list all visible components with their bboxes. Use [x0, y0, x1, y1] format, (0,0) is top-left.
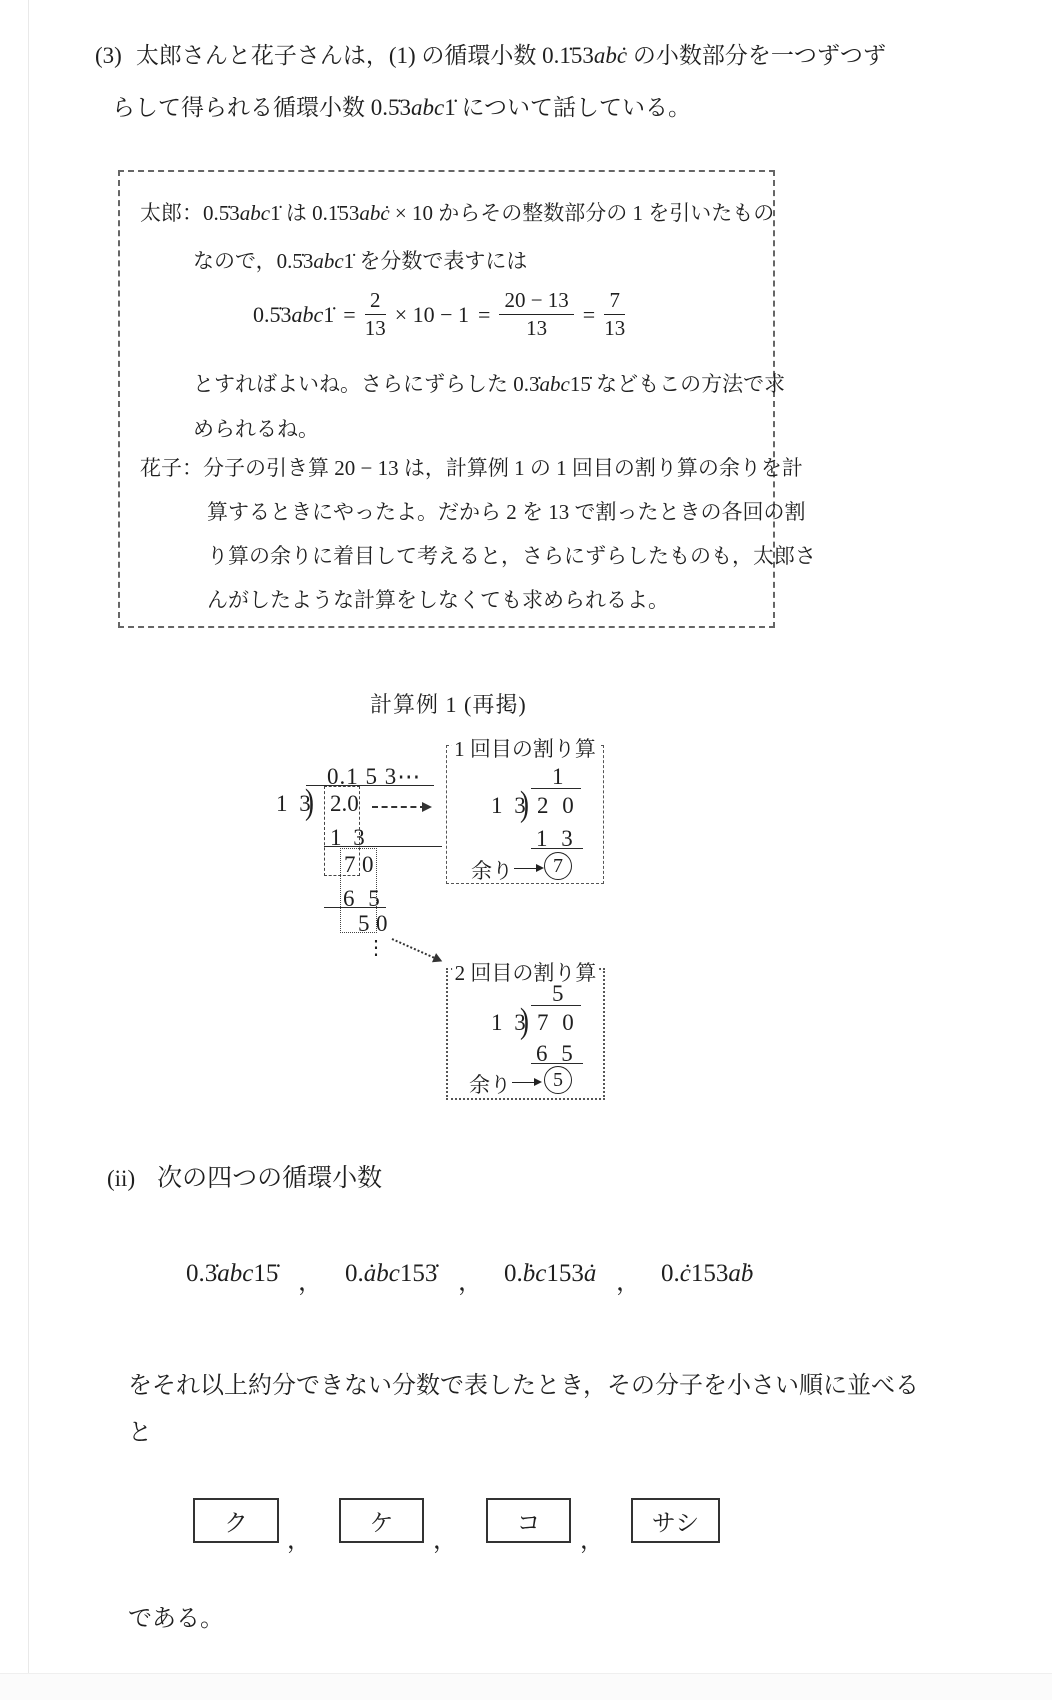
repeating-decimal: 0.1̇53abċ	[312, 201, 390, 225]
remainder-arrow	[512, 1082, 538, 1083]
hanako-text: んがしたような計算をしなくても求められるよ。	[207, 588, 669, 612]
hanako-line-4: んがしたような計算をしなくても求められるよ。	[207, 586, 669, 615]
box1-remainder-circled: 7	[544, 852, 572, 880]
equation-middle: × 10 − 1	[395, 302, 469, 328]
repeating-decimal: 0.5̇3abc1̇	[203, 201, 281, 225]
repeating-decimal-3: 0.ḃc153ȧ	[504, 1260, 596, 1288]
taro-line-4: められるね。	[193, 415, 319, 444]
hanako-line-2: 算するときにやったよ。だから 2 を 13 で割ったときの各回の割	[207, 498, 806, 527]
remainder-value: 7	[544, 852, 572, 880]
denominator: 13	[499, 315, 573, 341]
second-division-label: 2 回目の割り算	[452, 957, 600, 987]
division-line	[531, 1063, 583, 1064]
intro-text: 太郎さんと花子さんは，(1) の循環小数	[136, 43, 542, 68]
speaker-label-taro: 太郎：	[140, 201, 203, 225]
intro-line-2: らして得られる循環小数 0.5̇3abc1̇ について話している。	[112, 92, 691, 124]
closing-text-line-1: をそれ以上約分できない分数で表したとき，その分子を小さい順に並べる	[128, 1365, 919, 1400]
dotted-highlight-second-division	[340, 848, 377, 933]
taro-text: とすればよいね。さらにずらした	[193, 372, 513, 396]
division-bar	[531, 788, 581, 789]
answer-box-label: ケ	[370, 1503, 394, 1538]
answer-box-sashi: サシ	[631, 1498, 720, 1543]
taro-text: なので，	[193, 249, 277, 273]
taro-text: を分数で表すには	[354, 249, 527, 273]
intro-text: の小数部分を一つずつず	[627, 43, 886, 68]
comma: ，	[433, 1520, 457, 1555]
taro-text: は	[281, 201, 313, 225]
equals-sign: =	[343, 302, 355, 328]
taro-text: × 10 からその整数部分の 1 を引いたもの	[390, 201, 775, 225]
answer-box-label: コ	[517, 1503, 541, 1538]
answer-box-label: ク	[224, 1503, 248, 1538]
numerator: 20 − 13	[499, 288, 573, 315]
division-line	[531, 848, 583, 849]
hanako-line-1: 花子：分子の引き算 20 − 13 は，計算例 1 の 1 回目の割り算の余りを…	[140, 454, 803, 483]
equals-sign: =	[583, 302, 595, 328]
repeating-decimal-53abc1: 0.5̇3abc1̇	[371, 95, 456, 120]
taro-text: められるね。	[193, 417, 319, 441]
repeating-decimal-1: 0.3̇abc15̇	[186, 1260, 278, 1288]
dashed-arrow-to-box1	[372, 806, 426, 808]
dotted-arrow-to-box2	[392, 938, 438, 960]
intro-line-1: (3)太郎さんと花子さんは，(1) の循環小数 0.1̇53abċ の小数部分…	[95, 40, 886, 72]
vertical-ellipsis: ⋮	[366, 938, 386, 958]
repeating-decimal-2: 0.ȧbc153̇	[345, 1260, 437, 1288]
box2-quotient: 5	[552, 981, 564, 1007]
comma: ，	[580, 1520, 604, 1555]
scan-edge-line	[28, 0, 29, 1673]
comma: ，	[616, 1262, 641, 1298]
final-text: である。	[128, 1598, 224, 1633]
repeating-decimal-4: 0.ċ153aḃ	[661, 1260, 753, 1288]
part-ii-heading-line: (ii)次の四つの循環小数	[107, 1158, 382, 1194]
remainder-arrow	[514, 868, 540, 869]
division-paren: )	[305, 787, 314, 818]
scan-bottom-band	[0, 1673, 1052, 1700]
fraction-equation: 0.5̇3abc1̇ = 2 13 × 10 − 1 = 20 − 13 13 …	[253, 288, 625, 341]
box2-remainder-circled: 5	[544, 1066, 572, 1094]
equation-lhs: 0.5̇3abc1̇	[253, 302, 334, 328]
equals-sign: =	[478, 302, 490, 328]
division-paren: )	[520, 1006, 529, 1037]
speaker-label-hanako: 花子：	[140, 456, 203, 480]
closing-text-line-2: と	[128, 1412, 152, 1447]
comma: ，	[287, 1520, 311, 1555]
answer-box-label: サシ	[652, 1503, 700, 1538]
division-paren: )	[520, 789, 529, 820]
box2-dividend: 7 0	[537, 1010, 578, 1036]
division-bar	[531, 1005, 581, 1006]
remainder-value: 5	[544, 1066, 572, 1094]
exam-page: (3)太郎さんと花子さんは，(1) の循環小数 0.1̇53abċ の小数部分…	[0, 0, 1052, 1700]
fraction-20-13: 20 − 13 13	[499, 288, 573, 341]
denominator: 13	[604, 315, 625, 341]
problem-number: (3)	[95, 43, 122, 68]
hanako-text: り算の余りに着目して考えると，さらにずらしたものも，太郎さ	[207, 544, 816, 568]
digit-0: 0	[376, 911, 388, 937]
fraction-2-13: 2 13	[365, 288, 386, 341]
part-ii-marker: (ii)	[107, 1166, 135, 1191]
answer-box-ku: ク	[193, 1498, 279, 1543]
intro-text: について話している。	[456, 95, 691, 120]
numerator: 2	[365, 288, 386, 315]
answer-box-ke: ケ	[339, 1498, 424, 1543]
repeating-decimal: 0.3̇abc15̇	[513, 372, 591, 396]
taro-line-1: 太郎：0.5̇3abc1̇ は 0.1̇53abċ × 10 からその整数部分…	[140, 199, 774, 228]
taro-text: などもこの方法で求	[591, 372, 785, 396]
repeating-decimal: 0.5̇3abc1̇	[277, 249, 355, 273]
comma: ，	[458, 1262, 483, 1298]
taro-line-3: とすればよいね。さらにずらした 0.3̇abc15̇ などもこの方法で求	[193, 370, 785, 399]
part-ii-heading: 次の四つの循環小数	[157, 1165, 382, 1192]
hanako-text: 分子の引き算 20 − 13 は，計算例 1 の 1 回目の割り算の余りを計	[203, 456, 803, 480]
hanako-line-3: り算の余りに着目して考えると，さらにずらしたものも，太郎さ	[207, 542, 816, 571]
repeating-decimal-153abc: 0.1̇53abċ	[542, 43, 627, 68]
numerator: 7	[604, 288, 625, 315]
calc-example-title: 計算例 1 (再掲)	[370, 688, 527, 719]
box1-remainder-label: 余り	[471, 855, 513, 885]
box1-dividend: 2 0	[537, 793, 578, 819]
intro-text: らして得られる循環小数	[112, 95, 371, 120]
box1-quotient: 1	[552, 764, 564, 790]
comma: ，	[298, 1262, 323, 1298]
taro-line-2: なので，0.5̇3abc1̇ を分数で表すには	[193, 247, 527, 276]
fraction-7-13: 7 13	[604, 288, 625, 341]
box2-remainder-label: 余り	[469, 1069, 511, 1099]
denominator: 13	[365, 315, 386, 341]
answer-box-ko: コ	[486, 1498, 571, 1543]
first-division-label: 1 回目の割り算	[451, 733, 599, 763]
hanako-text: 算するときにやったよ。だから 2 を 13 で割ったときの各回の割	[207, 500, 806, 524]
